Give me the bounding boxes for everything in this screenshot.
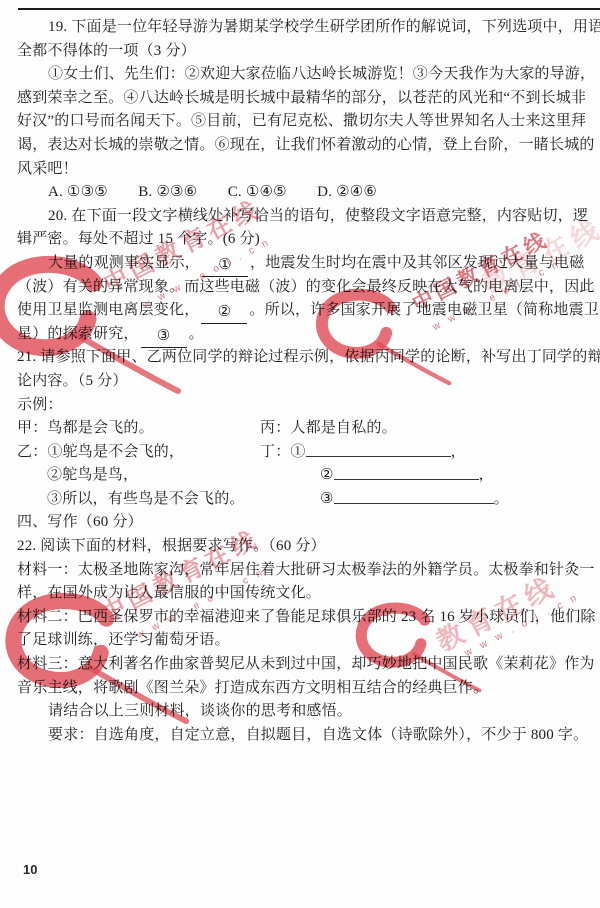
- q22-material1-line1: 材料一：太极圣地陈家沟，常年居住着大批研习太极拳法的外籍学员。太极拳和针灸一: [17, 559, 583, 583]
- q20-blank-2: ②: [201, 304, 247, 324]
- q20-stem-line2: 辑严密。每处不超过 15 个字。(6 分): [17, 228, 583, 252]
- debate-left-yi-2: ②鸵鸟是鸟，: [17, 464, 290, 488]
- q20-text-line3: 使用卫星监测电离层变化，②。所以，许多国家开展了地震电磁卫星（简称地震卫: [17, 299, 583, 323]
- q19-stem-line2: 全都不得体的一项（3 分）: [17, 40, 583, 64]
- q20-text-line1: 大量的观测事实显示，①，地震发生时均在震中及其邻区发现过大量与电磁: [17, 252, 583, 276]
- top-rule: [18, 8, 600, 10]
- exam-content: 19. 下面是一位年轻导游为暑期某学校学生研学团所作的解说词，下列选项中，用语 …: [17, 16, 583, 747]
- debate-right-punct-3: 。: [494, 491, 509, 507]
- q20-text-line4: 星）的探索研究，③。: [17, 323, 583, 347]
- q22-stem: 22. 阅读下面的材料，根据要求写作。（60 分）: [17, 535, 583, 559]
- debate-left-yi-3: ③所以，有些鸟是不会飞的。: [17, 488, 290, 512]
- q20-text-line2: （波）有关的异常现象。而这些电磁（波）的变化会最终反映在大气的电离层中，因此: [17, 276, 583, 300]
- q22-material3-line1: 材料三：意大利著名作曲家普契尼从未到过中国，却巧妙地把中国民歌《茉莉花》作为: [17, 653, 583, 677]
- q19-passage-line4: 谒，表达对长城的崇敬之情。⑥现在，让我们怀着激动的心情，登上台阶，一睹长城的: [17, 134, 583, 158]
- answer-blank-2: [334, 465, 479, 480]
- debate-row: 甲：鸟都是会飞的。 丙：人都是自私的。: [17, 417, 583, 441]
- debate-row: ②鸵鸟是鸟， ②，: [17, 464, 583, 488]
- q22-note: 请结合以上三则材料，谈谈你的思考和感悟。: [17, 700, 583, 724]
- q19-stem-line1: 19. 下面是一位年轻导游为暑期某学校学生研学团所作的解说词，下列选项中，用语: [17, 16, 583, 40]
- q21-stem-line1: 21. 请参照下面甲、乙两位同学的辩论过程示例，依据丙同学的论断，补写出丁同学的…: [17, 346, 583, 370]
- debate-right-ding-2: ②，: [290, 464, 583, 488]
- q22-requirements: 要求：自选角度，自定立意，自拟题目，自选文体（诗歌除外），不少于 800 字。: [17, 724, 583, 748]
- q22-material1-line2: 样，在国外成为让人最信服的中国传统文化。: [17, 582, 583, 606]
- q19-options-row: A. ①③⑤ B. ②③⑥ C. ①④⑤ D. ②④⑥: [17, 181, 583, 205]
- q20-blank-1: ①: [202, 257, 248, 277]
- debate-right-ding-3: ③。: [290, 488, 583, 512]
- q19-passage-line3: 好汉”的口号而名闻天下。⑤目前，已有尼克松、撒切尔夫人等世界知名人士来这里拜: [17, 110, 583, 134]
- debate-right-punct-2: ，: [479, 467, 494, 483]
- debate-row: ③所以，有些鸟是不会飞的。 ③。: [17, 488, 583, 512]
- debate-right-label-1: 丁：①: [260, 444, 306, 460]
- q19-passage-line2: 感到荣幸之至。④八达岭长城是明长城中最精华的部分，以苍茫的风光和“不到长城非: [17, 87, 583, 111]
- q20-text-pre3: 星）的探索研究，: [17, 326, 139, 342]
- q20-text-post1: ，地震发生时均在震中及其邻区发现过大量与电磁: [250, 255, 584, 271]
- q20-blank-3: ③: [141, 328, 187, 348]
- answer-blank-1: [306, 442, 451, 457]
- q20-text-pre1: 大量的观测事实显示，: [48, 255, 200, 271]
- debate-right-punct-1: ，: [451, 444, 466, 460]
- section4-heading: 四、写作（60 分）: [17, 511, 583, 535]
- q21-example-label: 示例：: [17, 394, 583, 418]
- debate-right-label-3: ③: [320, 491, 334, 507]
- q19-passage-line1: ①女士们、先生们：②欢迎大家莅临八达岭长城游览！③今天我作为大家的导游，: [17, 63, 583, 87]
- q20-text-pre2: 使用卫星监测电离层变化，: [17, 302, 199, 318]
- q19-passage-line5: 风采吧！: [17, 158, 583, 182]
- q21-stem-line2: 论内容。（5 分）: [17, 370, 583, 394]
- q20-stem-line1: 20. 在下面一段文字横线处补写恰当的语句，使整段文字语意完整，内容贴切，逻: [17, 205, 583, 229]
- debate-right-ding-1: 丁：①，: [260, 441, 583, 465]
- debate-row: 乙：①鸵鸟是不会飞的， 丁：①，: [17, 441, 583, 465]
- q22-material2-line1: 材料二：巴西圣保罗市的幸福港迎来了鲁能足球俱乐部的 23 名 16 岁小球员们，…: [17, 606, 583, 630]
- answer-blank-3: [334, 489, 494, 504]
- debate-right-label-2: ②: [320, 467, 334, 483]
- q20-text-post2: 。所以，许多国家开展了地震电磁卫星（简称地震卫: [249, 302, 599, 318]
- debate-left-jia: 甲：鸟都是会飞的。: [17, 417, 260, 441]
- q22-material3-line2: 音乐主线，将歌剧《图兰朵》打造成东西方文明相互结合的经典巨作。: [17, 677, 583, 701]
- q22-material2-line2: 了足球训练，还学习葡萄牙语。: [17, 629, 583, 653]
- debate-left-yi-1: 乙：①鸵鸟是不会飞的，: [17, 441, 260, 465]
- q20-text-post3: 。: [189, 326, 204, 342]
- exam-page: 19. 下面是一位年轻导游为暑期某学校学生研学团所作的解说词，下列选项中，用语 …: [0, 0, 600, 908]
- debate-right-bing: 丙：人都是自私的。: [260, 417, 583, 441]
- page-number: 10: [23, 862, 37, 877]
